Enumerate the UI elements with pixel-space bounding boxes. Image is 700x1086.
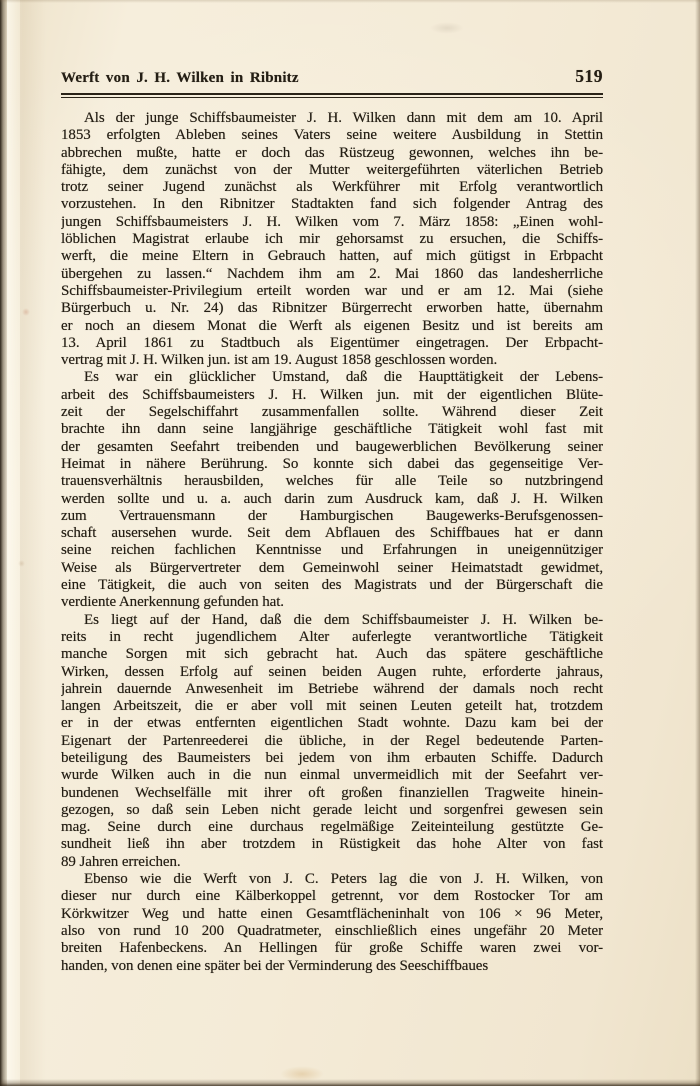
text-line: vertrag mit J. H. Wilken jun. ist am 19.… [61, 352, 603, 369]
text-line: jahrein dauernde Anwesenheit im Betriebe… [61, 681, 603, 698]
text-line: mag. Seine durch eine durchaus regelmäßi… [61, 819, 603, 836]
running-head: Werft von J. H. Wilken in Ribnitz 519 [61, 66, 603, 87]
page-edge-top [0, 0, 700, 3]
text-line: gezogen, so daß sein Leben nicht gerade … [61, 802, 603, 819]
paper-stain [280, 1066, 324, 1082]
text-line: handen, von denen eine später bei der Ve… [61, 958, 603, 975]
text-line: er noch an diesem Monat die Werft als ei… [61, 318, 603, 335]
text-line: dieser nur durch eine Kälberkoppel getre… [61, 888, 603, 905]
paragraph: Als der junge Schiffsbaumeister J. H. Wi… [61, 110, 603, 369]
text-line: abbrechen mußte, hatte er doch das Rüstz… [61, 145, 603, 162]
text-line: Es liegt auf der Hand, daß die dem Schif… [61, 612, 603, 629]
text-line: seine reichen fachlichen Kenntnisse und … [61, 542, 603, 559]
running-head-title: Werft von J. H. Wilken in Ribnitz [61, 70, 299, 87]
text-line: jungen Schiffsbaumeisters J. H. Wilken v… [61, 214, 603, 231]
text-line: schaft ausersehen wurde. Seit dem Abflau… [61, 525, 603, 542]
page-content: Werft von J. H. Wilken in Ribnitz 519 Al… [61, 66, 603, 975]
text-line: der gesamten Seefahrt treibenden und bau… [61, 439, 603, 456]
text-line: trauensverhältnis herausbilden, welches … [61, 473, 603, 490]
text-line: werft, die meine Eltern in Gebrauch hatt… [61, 248, 603, 265]
text-line: fähigte, dem zunächst von der Mutter wei… [61, 162, 603, 179]
page-edge-left-shade [20, 0, 46, 1086]
text-line: langen Arbeitszeit, die er aber voll mit… [61, 698, 603, 715]
text-line: Als der junge Schiffsbaumeister J. H. Wi… [61, 110, 603, 127]
text-line: Schiffsbaumeister-Privilegium erteilt wo… [61, 283, 603, 300]
paragraph: Es liegt auf der Hand, daß die dem Schif… [61, 612, 603, 871]
page-edge-right [695, 0, 700, 1086]
text-block: Als der junge Schiffsbaumeister J. H. Wi… [61, 110, 603, 975]
text-line: vorzustehen. In den Ribnitzer Stadtakten… [61, 196, 603, 213]
text-line: wurde Wilken auch in die nun einmal unve… [61, 767, 603, 784]
text-line: Eigenart der Partenreederei die übliche,… [61, 733, 603, 750]
text-line: Ebenso wie die Werft von J. C. Peters la… [61, 871, 603, 888]
book-page: Werft von J. H. Wilken in Ribnitz 519 Al… [0, 0, 700, 1086]
text-line: zum Vertrauensmann der Hamburgischen Bau… [61, 508, 603, 525]
paper-speck [22, 308, 30, 316]
text-line: reits in recht jugendlichem Alter auferl… [61, 629, 603, 646]
paragraph: Es war ein glücklicher Umstand, daß die … [61, 369, 603, 611]
text-line: löblichen Magistrat erlaube ich mir geho… [61, 231, 603, 248]
text-line: brachte ihn dann seine langjährige gesch… [61, 421, 603, 438]
paper-stain [430, 22, 464, 34]
text-line: Wirken, dessen Erfolg auf seinen beiden … [61, 664, 603, 681]
text-line: übergehen zu lassen.“ Nachdem ihm am 2. … [61, 266, 603, 283]
text-line: er in der etwas entfernten eigentlichen … [61, 715, 603, 732]
text-line: 1853 erfolgten Ableben seines Vaters sei… [61, 127, 603, 144]
text-line: arbeit des Schiffsbaumeisters J. H. Wilk… [61, 387, 603, 404]
text-line: Weise als Bürgervertreter dem Gemeinwohl… [61, 560, 603, 577]
text-line: also von rund 10 200 Quadratmeter, einsc… [61, 923, 603, 940]
text-line: verdiente Anerkennung gefunden hat. [61, 594, 603, 611]
text-line: Körkwitzer Weg und hatte einen Gesamtflä… [61, 906, 603, 923]
paragraph: Ebenso wie die Werft von J. C. Peters la… [61, 871, 603, 975]
text-line: Bürgerbuch u. Nr. 24) das Ribnitzer Bürg… [61, 300, 603, 317]
header-double-rule [61, 93, 603, 98]
text-line: breiten Hafenbeckens. An Hellingen für g… [61, 940, 603, 957]
text-line: Es war ein glücklicher Umstand, daß die … [61, 369, 603, 386]
text-line: eine Tätigkeit, die auch von seiten des … [61, 577, 603, 594]
text-line: beteiligung des Baumeisters bei jedem vo… [61, 750, 603, 767]
text-line: manche Sorgen mit sich gebracht hat. Auc… [61, 646, 603, 663]
page-edge-bottom [0, 1079, 700, 1086]
text-line: bundenen Wechselfälle mit ihrer oft groß… [61, 785, 603, 802]
text-line: Heimat in nähere Berührung. So konnte si… [61, 456, 603, 473]
text-line: trotz seiner Jugend zunächst als Werkfüh… [61, 179, 603, 196]
text-line: sundheit ließ ihn aber trotzdem in Rüsti… [61, 836, 603, 853]
text-line: 89 Jahren erreichen. [61, 854, 603, 871]
text-line: zeit der Segelschiffahrt zusammenfallen … [61, 404, 603, 421]
paper-speck [18, 560, 25, 567]
page-number: 519 [575, 66, 603, 87]
text-line: werden sollte und u. a. auch darin zum A… [61, 491, 603, 508]
text-line: 13. April 1861 zu Stadtbuch als Eigentüm… [61, 335, 603, 352]
